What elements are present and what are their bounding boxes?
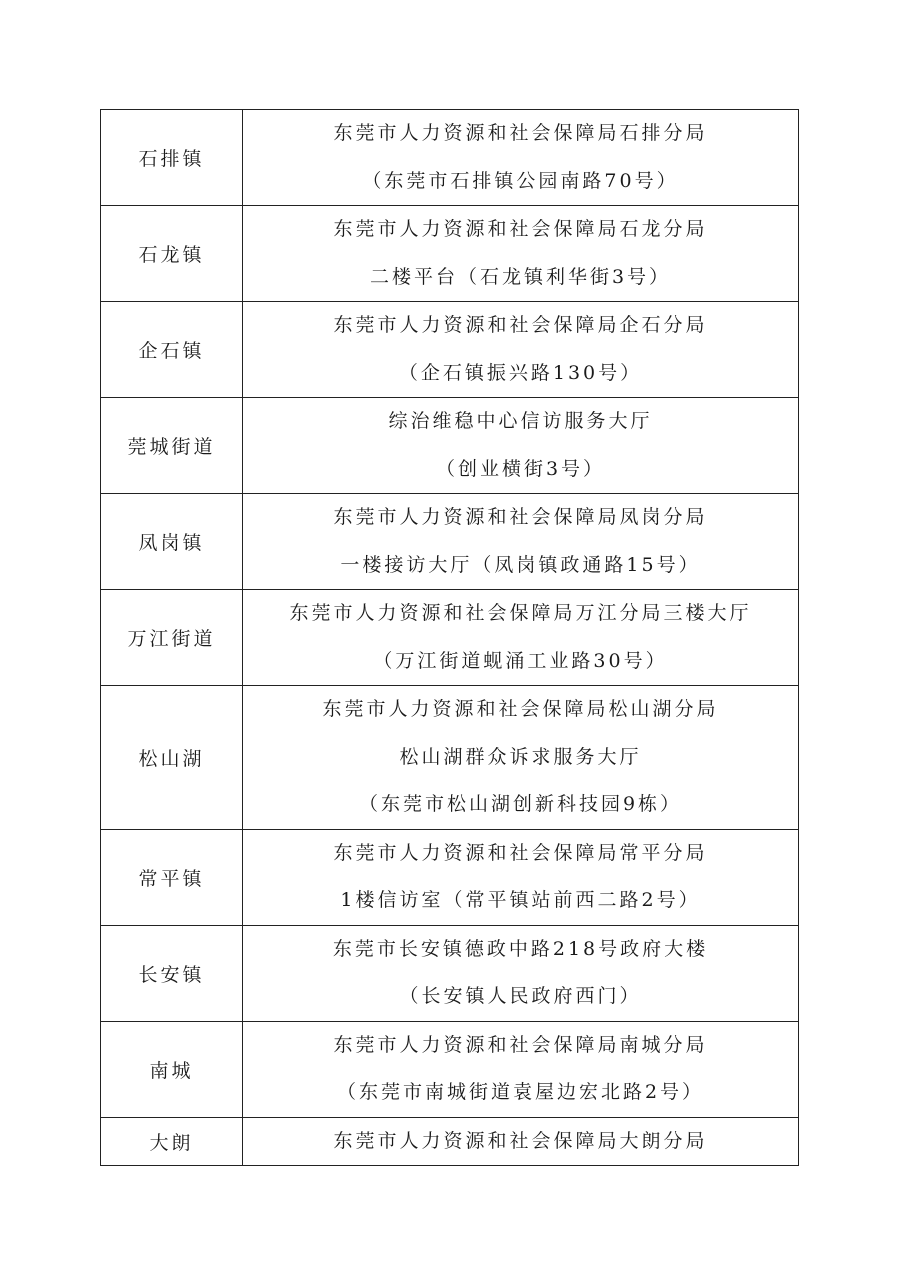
office-line: 东莞市人力资源和社会保障局松山湖分局: [243, 686, 798, 734]
office-line: 东莞市人力资源和社会保障局南城分局: [243, 1022, 798, 1070]
office-cell: 东莞市人力资源和社会保障局石龙分局 二楼平台（石龙镇利华街3号）: [243, 206, 799, 302]
table-row: 企石镇 东莞市人力资源和社会保障局企石分局 （企石镇振兴路130号）: [101, 302, 799, 398]
area-cell: 常平镇: [101, 829, 243, 925]
office-address-table: 石排镇 东莞市人力资源和社会保障局石排分局 （东莞市石排镇公园南路70号） 石龙…: [100, 109, 799, 1166]
table-row: 大朗 东莞市人力资源和社会保障局大朗分局: [101, 1117, 799, 1166]
office-address-line: 二楼平台（石龙镇利华街3号）: [243, 254, 798, 302]
area-cell: 万江街道: [101, 590, 243, 686]
area-cell: 长安镇: [101, 925, 243, 1021]
office-cell: 东莞市人力资源和社会保障局南城分局 （东莞市南城街道袁屋边宏北路2号）: [243, 1021, 799, 1117]
office-line: 东莞市人力资源和社会保障局企石分局: [243, 302, 798, 350]
office-cell: 东莞市长安镇德政中路218号政府大楼 （长安镇人民政府西门）: [243, 925, 799, 1021]
area-cell: 大朗: [101, 1117, 243, 1166]
office-line: 东莞市人力资源和社会保障局大朗分局: [243, 1118, 798, 1166]
office-address-line: 一楼接访大厅（凤岗镇政通路15号）: [243, 542, 798, 590]
office-cell: 东莞市人力资源和社会保障局企石分局 （企石镇振兴路130号）: [243, 302, 799, 398]
area-cell: 莞城街道: [101, 398, 243, 494]
table-row: 常平镇 东莞市人力资源和社会保障局常平分局 1楼信访室（常平镇站前西二路2号）: [101, 829, 799, 925]
office-line: 东莞市长安镇德政中路218号政府大楼: [243, 926, 798, 974]
office-cell: 东莞市人力资源和社会保障局松山湖分局 松山湖群众诉求服务大厅 （东莞市松山湖创新…: [243, 686, 799, 830]
office-hall-line: 松山湖群众诉求服务大厅: [243, 734, 798, 782]
office-line: 东莞市人力资源和社会保障局常平分局: [243, 830, 798, 878]
area-cell: 企石镇: [101, 302, 243, 398]
office-address-line: （东莞市石排镇公园南路70号）: [243, 158, 798, 206]
area-cell: 石排镇: [101, 110, 243, 206]
office-cell: 综治维稳中心信访服务大厅 （创业横街3号）: [243, 398, 799, 494]
table-row: 石排镇 东莞市人力资源和社会保障局石排分局 （东莞市石排镇公园南路70号）: [101, 110, 799, 206]
table-row: 石龙镇 东莞市人力资源和社会保障局石龙分局 二楼平台（石龙镇利华街3号）: [101, 206, 799, 302]
area-cell: 南城: [101, 1021, 243, 1117]
area-cell: 石龙镇: [101, 206, 243, 302]
office-line: 东莞市人力资源和社会保障局万江分局三楼大厅: [243, 590, 798, 638]
office-address-line: （东莞市南城街道袁屋边宏北路2号）: [243, 1069, 798, 1117]
office-address-line: （长安镇人民政府西门）: [243, 973, 798, 1021]
office-address-line: （创业横街3号）: [243, 446, 798, 494]
table-row: 凤岗镇 东莞市人力资源和社会保障局凤岗分局 一楼接访大厅（凤岗镇政通路15号）: [101, 494, 799, 590]
table-row: 莞城街道 综治维稳中心信访服务大厅 （创业横街3号）: [101, 398, 799, 494]
document-page: 石排镇 东莞市人力资源和社会保障局石排分局 （东莞市石排镇公园南路70号） 石龙…: [0, 0, 900, 1273]
office-cell: 东莞市人力资源和社会保障局凤岗分局 一楼接访大厅（凤岗镇政通路15号）: [243, 494, 799, 590]
office-address-line: （东莞市松山湖创新科技园9栋）: [243, 781, 798, 829]
office-address-line: 1楼信访室（常平镇站前西二路2号）: [243, 877, 798, 925]
office-line: 综治维稳中心信访服务大厅: [243, 398, 798, 446]
office-cell: 东莞市人力资源和社会保障局万江分局三楼大厅 （万江街道蚬涌工业路30号）: [243, 590, 799, 686]
table-row: 南城 东莞市人力资源和社会保障局南城分局 （东莞市南城街道袁屋边宏北路2号）: [101, 1021, 799, 1117]
table-row: 长安镇 东莞市长安镇德政中路218号政府大楼 （长安镇人民政府西门）: [101, 925, 799, 1021]
office-address-line: （万江街道蚬涌工业路30号）: [243, 638, 798, 686]
table-row: 万江街道 东莞市人力资源和社会保障局万江分局三楼大厅 （万江街道蚬涌工业路30号…: [101, 590, 799, 686]
area-cell: 凤岗镇: [101, 494, 243, 590]
office-line: 东莞市人力资源和社会保障局石排分局: [243, 110, 798, 158]
area-cell: 松山湖: [101, 686, 243, 830]
office-address-line: （企石镇振兴路130号）: [243, 350, 798, 398]
office-line: 东莞市人力资源和社会保障局石龙分局: [243, 206, 798, 254]
office-cell: 东莞市人力资源和社会保障局常平分局 1楼信访室（常平镇站前西二路2号）: [243, 829, 799, 925]
office-cell: 东莞市人力资源和社会保障局石排分局 （东莞市石排镇公园南路70号）: [243, 110, 799, 206]
office-cell: 东莞市人力资源和社会保障局大朗分局: [243, 1117, 799, 1166]
office-line: 东莞市人力资源和社会保障局凤岗分局: [243, 494, 798, 542]
table-row: 松山湖 东莞市人力资源和社会保障局松山湖分局 松山湖群众诉求服务大厅 （东莞市松…: [101, 686, 799, 830]
